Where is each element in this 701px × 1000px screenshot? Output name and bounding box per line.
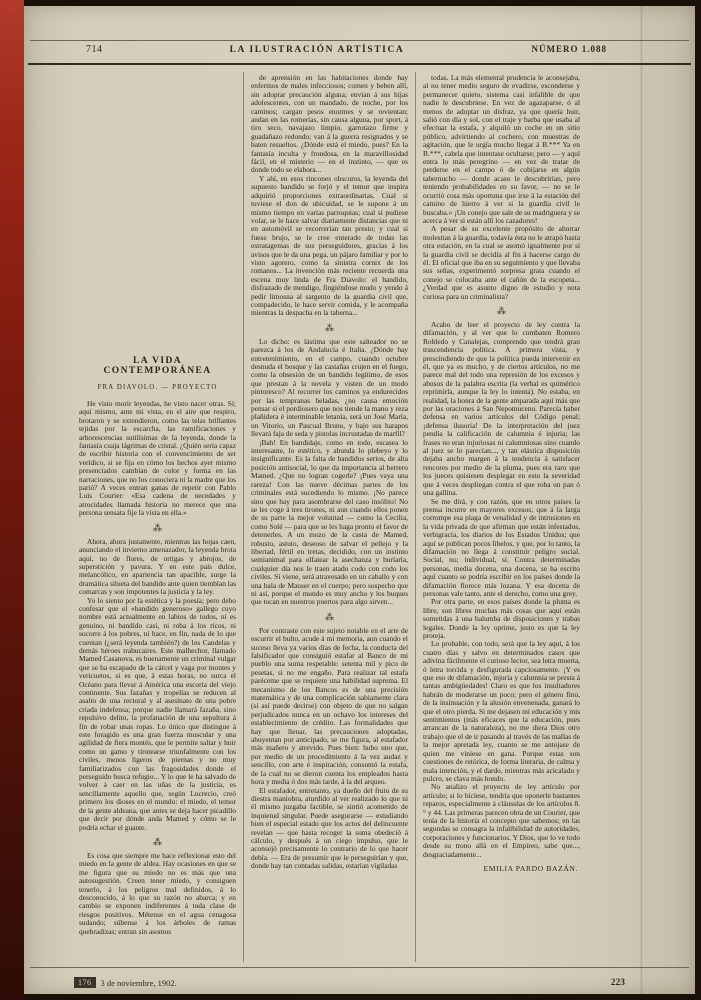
issue-number: NÚMERO 1.088 [532,44,608,54]
paragraph: Por contraste con este sujeto notable en… [251,627,408,787]
blank-space [79,74,236,356]
paragraph: Yo lo siento por la estética y la poesía… [79,597,236,832]
publication-title: LA ILUSTRACIÓN ARTÍSTICA [230,45,405,55]
column-right: todas. La más elemental prudencia le aco… [415,72,587,962]
article-subtitle: FRA DIAVOLO. — PROYECTO [79,384,236,391]
author-signature: EMILIA PARDO BAZÁN. [423,864,580,873]
paragraph: Acabo de leer el proyecto de ley contra … [423,321,580,498]
column-middle: de aprensión en las habitaciones donde h… [243,72,415,962]
paragraph: Por otra parte, en esos países donde la … [423,598,580,640]
paragraph: Y ahí, en esos rincones obscuros, la ley… [251,175,408,318]
red-annotation-mark: a [8,2,12,13]
scanned-document: a 8 ······ 714 LA ILUSTRACIÓN ARTÍSTICA … [0,0,701,1000]
issue-date: 3 de noviembre, 1902. [101,978,177,988]
volume-badge: 176 [74,977,96,988]
section-ornament: ⁂ [251,612,408,622]
article-body: LA VIDA CONTEMPORÁNEAFRA DIAVOLO. — PROY… [72,72,587,962]
paragraph: A pesar de su excelente propósito de aho… [423,225,580,301]
page-header: 714 LA ILUSTRACIÓN ARTÍSTICA NÚMERO 1.08… [24,44,695,55]
right-folio-number: 223 [611,978,625,988]
left-folio-number: 714 [86,44,103,55]
section-ornament: ⁂ [423,306,580,316]
page-footer: 176 3 de noviembre, 1902. 223 [24,977,695,988]
section-ornament: ⁂ [79,837,236,847]
paragraph: Ahora, ahora justamente, mientras las ho… [79,538,236,597]
paragraph: Se me dirá, y con razón, que en otros pa… [423,498,580,599]
header-bottom-rule [28,63,691,65]
magazine-page: ······ 714 LA ILUSTRACIÓN ARTÍSTICA NÚME… [24,6,695,994]
paragraph: Lo dicho: es lástima que este salteador … [251,338,408,439]
column-left: LA VIDA CONTEMPORÁNEAFRA DIAVOLO. — PROY… [72,72,243,962]
binding-edge: a 8 [0,0,24,1000]
footer-rule [30,967,689,968]
paragraph: El estafador, entretanto, ya dueño del f… [251,787,408,871]
paragraph: No analizo el proyecto de ley artículo p… [423,783,580,859]
section-ornament: ⁂ [251,323,408,333]
section-ornament: ⁂ [79,523,236,533]
paragraph: Es cosa que siempre me hace reflexionar … [79,852,236,936]
paragraph: de aprensión en las habitaciones donde h… [251,74,408,175]
paragraph: ¡Bah! En bandidaje, como en todo, escase… [251,439,408,607]
article-title: LA VIDA CONTEMPORÁNEA [79,356,236,376]
paragraph: He visto morir leyendas, he visto nacer … [79,400,236,518]
paragraph: Lo probable, con todo, será que la ley a… [423,640,580,783]
header-top-rule [30,40,689,41]
paragraph: todas. La más elemental prudencia le aco… [423,74,580,225]
